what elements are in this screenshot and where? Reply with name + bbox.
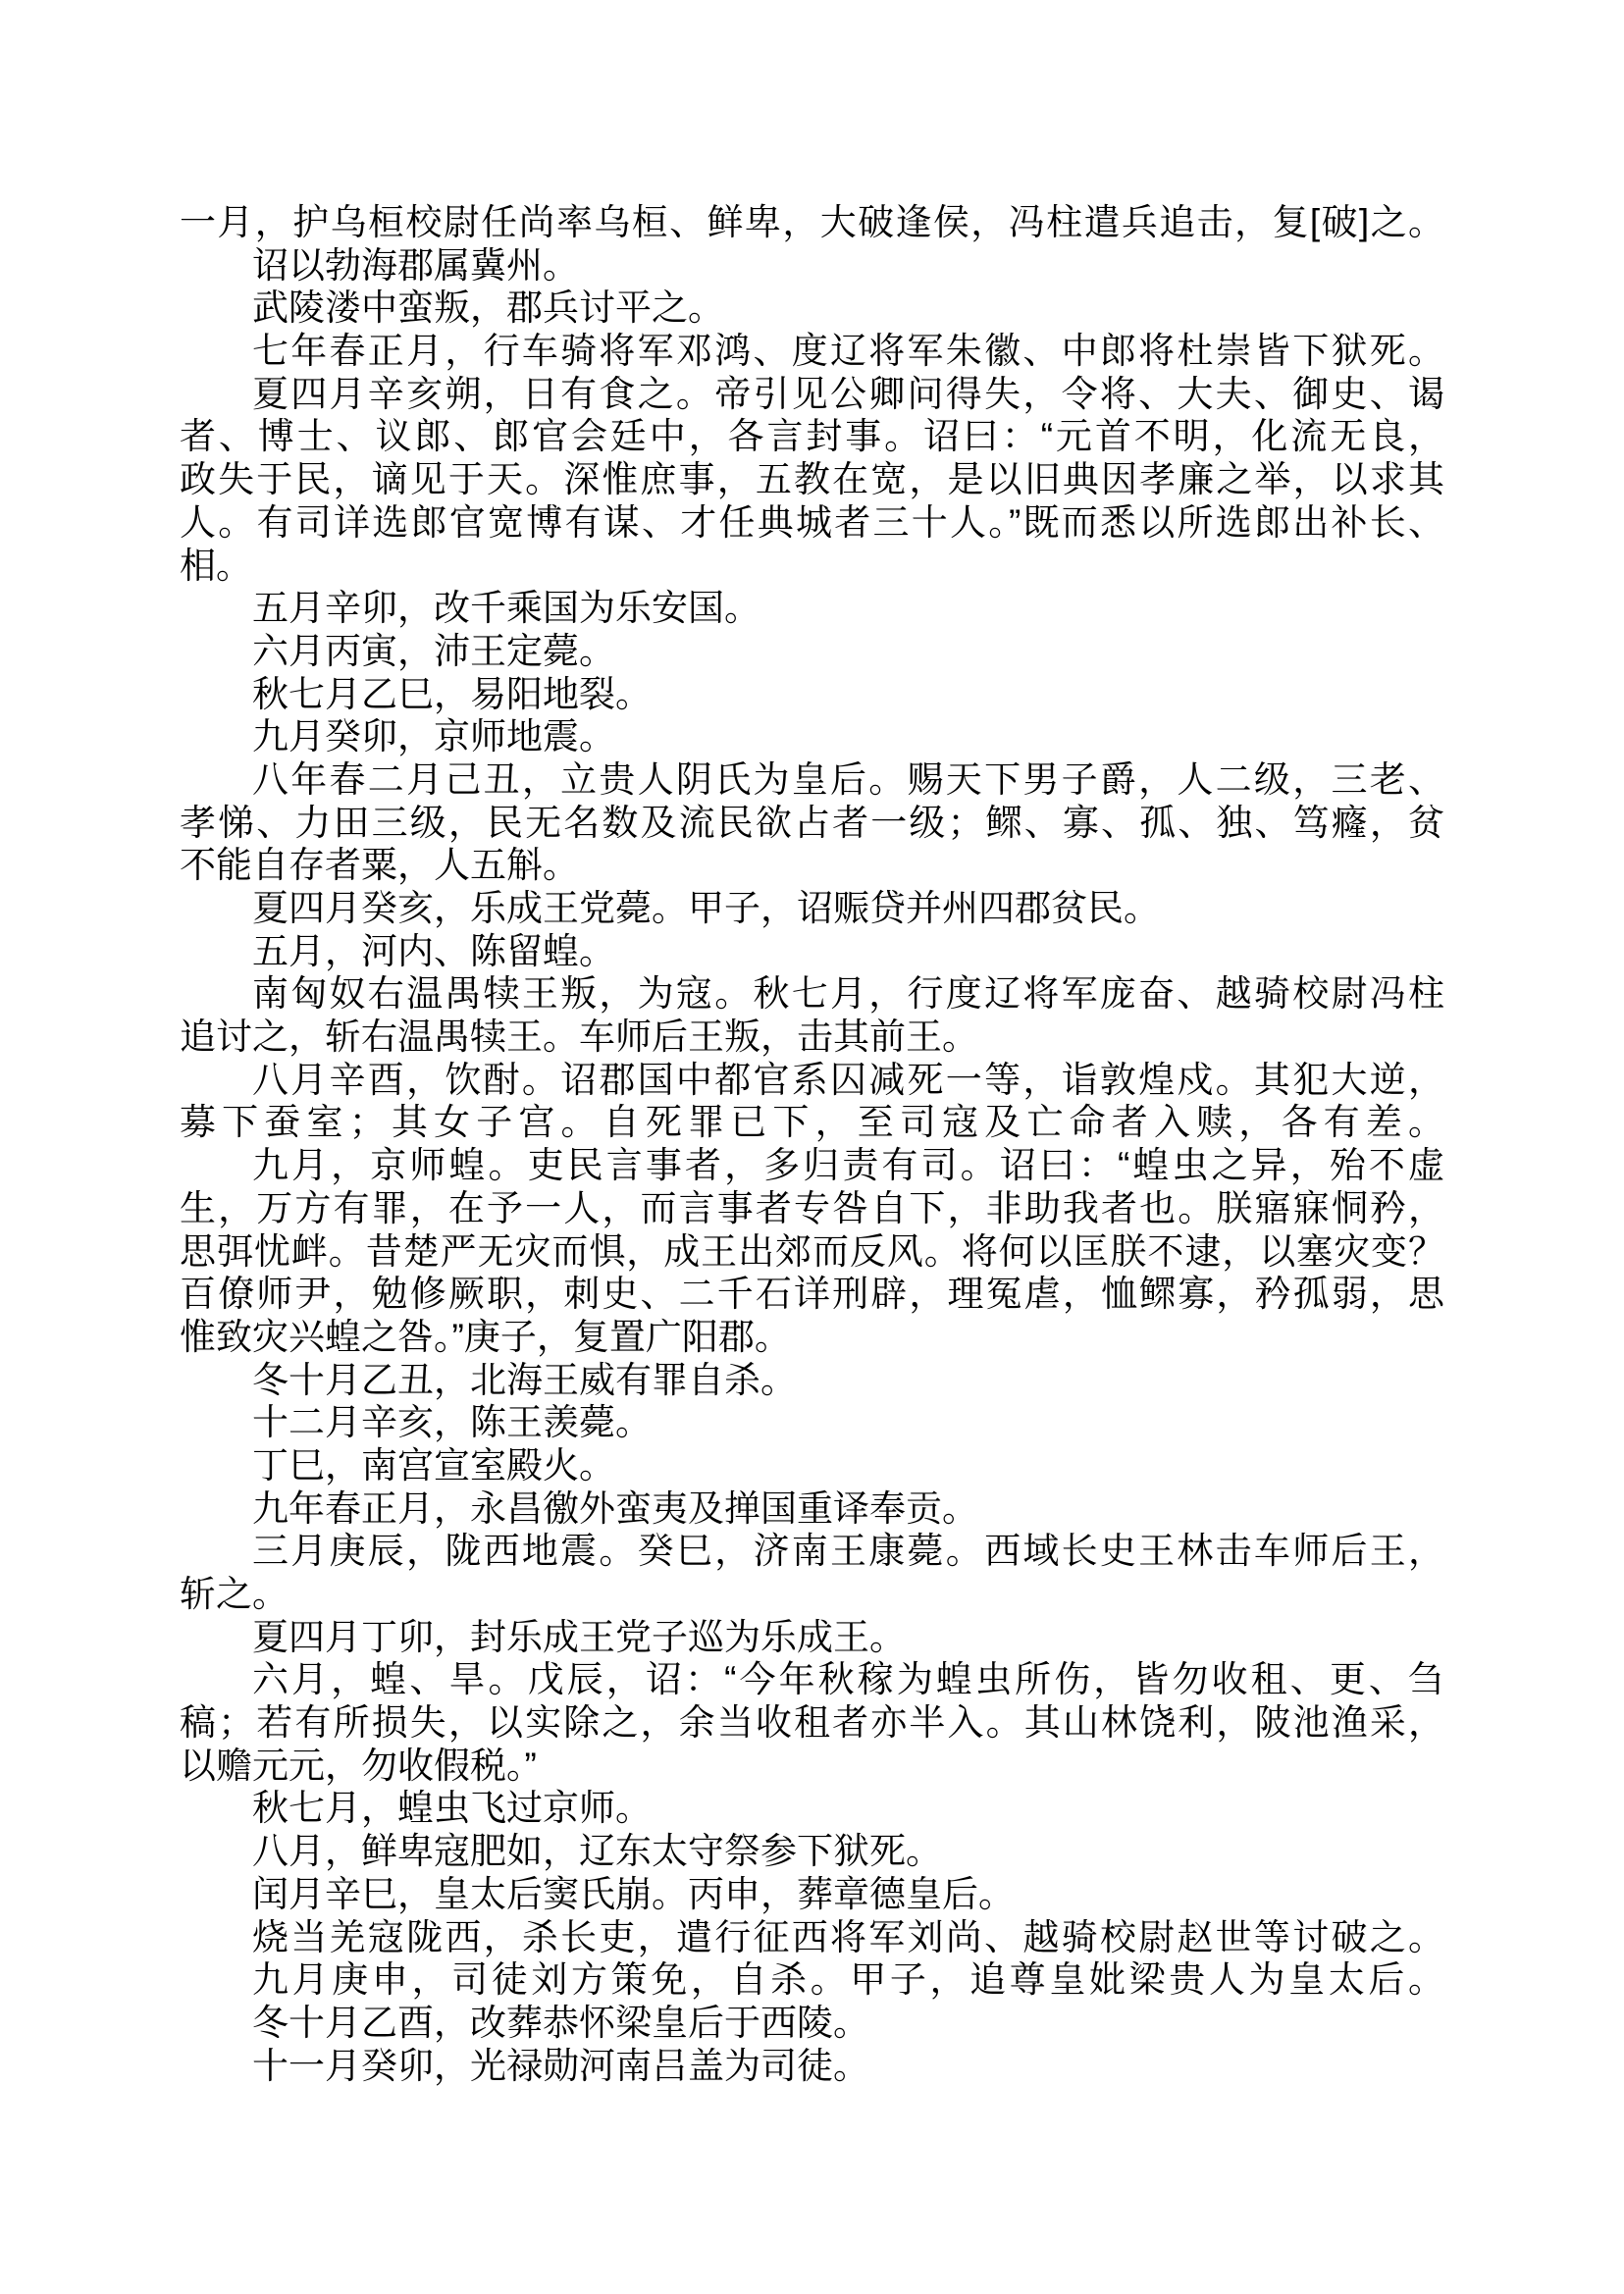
text-line: 募下蚕室；其女子宫。自死罪已下，至司寇及亡命者入赎，各有差。 bbox=[180, 1101, 1444, 1144]
paragraph: 闰月辛巳，皇太后窦氏崩。丙申，葬章德皇后。 bbox=[180, 1873, 1444, 1916]
text-line: 稿；若有所损失，以实除之，余当收租者亦半入。其山林饶利，陂池渔采， bbox=[180, 1701, 1444, 1745]
paragraph: 秋七月，蝗虫飞过京师。 bbox=[180, 1787, 1444, 1830]
paragraph: 八月，鲜卑寇肥如，辽东太守祭参下狱死。 bbox=[180, 1830, 1444, 1873]
paragraph: 六月，蝗、旱。戊辰，诏：“今年秋稼为蝗虫所伤，皆勿收租、更、刍稿；若有所损失，以… bbox=[180, 1658, 1444, 1787]
text-line: 思弭忧衅。昔楚严无灾而惧，成王出郊而反风。将何以匡朕不逮，以塞灾变？ bbox=[180, 1230, 1444, 1274]
text-line: 八月辛酉，饮酎。诏郡国中都官系囚减死一等，诣敦煌戍。其犯大逆， bbox=[180, 1059, 1444, 1102]
paragraph: 九月，京师蝗。吏民言事者，多归责有司。诏曰：“蝗虫之异，殆不虚生，万方有罪，在予… bbox=[180, 1144, 1444, 1358]
text-line: 七年春正月，行车骑将军邓鸿、度辽将军朱徽、中郎将杜崇皆下狱死。 bbox=[180, 330, 1444, 373]
paragraph: 武陵溇中蛮叛，郡兵讨平之。 bbox=[180, 287, 1444, 330]
text-line: 惟致灾兴蝗之咎。”庚子，复置广阳郡。 bbox=[180, 1316, 1444, 1359]
text-line: 六月丙寅，沛王定薨。 bbox=[180, 630, 1444, 673]
paragraph: 夏四月辛亥朔，日有食之。帝引见公卿问得失，令将、大夫、御史、谒者、博士、议郎、郎… bbox=[180, 373, 1444, 587]
text-line: 五月，河内、陈留蝗。 bbox=[180, 930, 1444, 973]
text-line: 生，万方有罪，在予一人，而言事者专咎自下，非助我者也。朕寤寐恫矜， bbox=[180, 1187, 1444, 1230]
text-line: 八年春二月己丑，立贵人阴氏为皇后。赐天下男子爵，人二级，三老、 bbox=[180, 758, 1444, 802]
text-line: 相。 bbox=[180, 545, 1444, 588]
text-line: 南匈奴右温禺犊王叛，为寇。秋七月，行度辽将军庞奋、越骑校尉冯柱 bbox=[180, 972, 1444, 1016]
text-line: 六月，蝗、旱。戊辰，诏：“今年秋稼为蝗虫所伤，皆勿收租、更、刍 bbox=[180, 1658, 1444, 1701]
document-page: 一月，护乌桓校尉任尚率乌桓、鲜卑，大破逢侯，冯柱遣兵追击，复[破]之。诏以勃海郡… bbox=[0, 0, 1624, 2294]
text-body: 一月，护乌桓校尉任尚率乌桓、鲜卑，大破逢侯，冯柱遣兵追击，复[破]之。诏以勃海郡… bbox=[180, 201, 1444, 2087]
paragraph: 九月癸卯，京师地震。 bbox=[180, 715, 1444, 758]
paragraph: 一月，护乌桓校尉任尚率乌桓、鲜卑，大破逢侯，冯柱遣兵追击，复[破]之。 bbox=[180, 201, 1444, 244]
paragraph: 九年春正月，永昌徼外蛮夷及掸国重译奉贡。 bbox=[180, 1487, 1444, 1531]
text-line: 九年春正月，永昌徼外蛮夷及掸国重译奉贡。 bbox=[180, 1487, 1444, 1531]
text-line: 九月癸卯，京师地震。 bbox=[180, 715, 1444, 758]
text-line: 一月，护乌桓校尉任尚率乌桓、鲜卑，大破逢侯，冯柱遣兵追击，复[破]之。 bbox=[180, 201, 1444, 244]
text-line: 冬十月乙丑，北海王威有罪自杀。 bbox=[180, 1359, 1444, 1402]
text-line: 丁巳，南宫宣室殿火。 bbox=[180, 1444, 1444, 1487]
paragraph: 五月，河内、陈留蝗。 bbox=[180, 930, 1444, 973]
text-line: 百僚师尹，勉修厥职，刺史、二千石详刑辟，理冤虐，恤鳏寡，矜孤弱，思 bbox=[180, 1273, 1444, 1316]
paragraph: 诏以勃海郡属冀州。 bbox=[180, 244, 1444, 287]
paragraph: 三月庚辰，陇西地震。癸巳，济南王康薨。西域长史王林击车师后王，斩之。 bbox=[180, 1530, 1444, 1615]
paragraph: 冬十月乙酉，改葬恭怀梁皇后于西陵。 bbox=[180, 2002, 1444, 2045]
paragraph: 八月辛酉，饮酎。诏郡国中都官系囚减死一等，诣敦煌戍。其犯大逆，募下蚕室；其女子宫… bbox=[180, 1059, 1444, 1144]
text-line: 武陵溇中蛮叛，郡兵讨平之。 bbox=[180, 287, 1444, 330]
text-line: 诏以勃海郡属冀州。 bbox=[180, 244, 1444, 287]
paragraph: 秋七月乙巳，易阳地裂。 bbox=[180, 673, 1444, 716]
text-line: 追讨之，斩右温禺犊王。车师后王叛，击其前王。 bbox=[180, 1016, 1444, 1059]
text-line: 九月，京师蝗。吏民言事者，多归责有司。诏曰：“蝗虫之异，殆不虚 bbox=[180, 1144, 1444, 1187]
text-line: 夏四月丁卯，封乐成王党子巡为乐成王。 bbox=[180, 1616, 1444, 1659]
paragraph: 七年春正月，行车骑将军邓鸿、度辽将军朱徽、中郎将杜崇皆下狱死。 bbox=[180, 330, 1444, 373]
paragraph: 十一月癸卯，光禄勋河南吕盖为司徒。 bbox=[180, 2045, 1444, 2088]
text-line: 秋七月乙巳，易阳地裂。 bbox=[180, 673, 1444, 716]
paragraph: 九月庚申，司徒刘方策免，自杀。甲子，追尊皇妣梁贵人为皇太后。 bbox=[180, 1958, 1444, 2002]
text-line: 十二月辛亥，陈王羡薨。 bbox=[180, 1401, 1444, 1444]
paragraph: 十二月辛亥，陈王羡薨。 bbox=[180, 1401, 1444, 1444]
text-line: 闰月辛巳，皇太后窦氏崩。丙申，葬章德皇后。 bbox=[180, 1873, 1444, 1916]
text-line: 以赡元元，勿收假税。” bbox=[180, 1745, 1444, 1788]
text-line: 不能自存者粟，人五斛。 bbox=[180, 844, 1444, 887]
text-line: 政失于民，谪见于天。深惟庶事，五教在宽，是以旧典因孝廉之举，以求其 bbox=[180, 458, 1444, 501]
paragraph: 丁巳，南宫宣室殿火。 bbox=[180, 1444, 1444, 1487]
paragraph: 五月辛卯，改千乘国为乐安国。 bbox=[180, 587, 1444, 630]
text-line: 夏四月癸亥，乐成王党薨。甲子，诏赈贷并州四郡贫民。 bbox=[180, 887, 1444, 930]
text-line: 冬十月乙酉，改葬恭怀梁皇后于西陵。 bbox=[180, 2002, 1444, 2045]
text-line: 九月庚申，司徒刘方策免，自杀。甲子，追尊皇妣梁贵人为皇太后。 bbox=[180, 1958, 1444, 2002]
text-line: 者、博士、议郎、郎官会廷中，各言封事。诏曰：“元首不明，化流无良， bbox=[180, 415, 1444, 458]
text-line: 人。有司详选郎官宽博有谋、才任典城者三十人。”既而悉以所选郎出补长、 bbox=[180, 501, 1444, 545]
paragraph: 夏四月癸亥，乐成王党薨。甲子，诏赈贷并州四郡贫民。 bbox=[180, 887, 1444, 930]
text-line: 秋七月，蝗虫飞过京师。 bbox=[180, 1787, 1444, 1830]
paragraph: 八年春二月己丑，立贵人阴氏为皇后。赐天下男子爵，人二级，三老、孝悌、力田三级，民… bbox=[180, 758, 1444, 887]
text-line: 八月，鲜卑寇肥如，辽东太守祭参下狱死。 bbox=[180, 1830, 1444, 1873]
text-line: 夏四月辛亥朔，日有食之。帝引见公卿问得失，令将、大夫、御史、谒 bbox=[180, 373, 1444, 416]
text-line: 三月庚辰，陇西地震。癸巳，济南王康薨。西域长史王林击车师后王， bbox=[180, 1530, 1444, 1573]
paragraph: 夏四月丁卯，封乐成王党子巡为乐成王。 bbox=[180, 1616, 1444, 1659]
text-line: 五月辛卯，改千乘国为乐安国。 bbox=[180, 587, 1444, 630]
text-line: 孝悌、力田三级，民无名数及流民欲占者一级；鳏、寡、孤、独、笃癃，贫 bbox=[180, 802, 1444, 845]
text-line: 十一月癸卯，光禄勋河南吕盖为司徒。 bbox=[180, 2045, 1444, 2088]
paragraph: 烧当羌寇陇西，杀长吏，遣行征西将军刘尚、越骑校尉赵世等讨破之。 bbox=[180, 1916, 1444, 1959]
text-line: 烧当羌寇陇西，杀长吏，遣行征西将军刘尚、越骑校尉赵世等讨破之。 bbox=[180, 1916, 1444, 1959]
paragraph: 南匈奴右温禺犊王叛，为寇。秋七月，行度辽将军庞奋、越骑校尉冯柱追讨之，斩右温禺犊… bbox=[180, 972, 1444, 1058]
text-line: 斩之。 bbox=[180, 1573, 1444, 1616]
paragraph: 冬十月乙丑，北海王威有罪自杀。 bbox=[180, 1359, 1444, 1402]
paragraph: 六月丙寅，沛王定薨。 bbox=[180, 630, 1444, 673]
